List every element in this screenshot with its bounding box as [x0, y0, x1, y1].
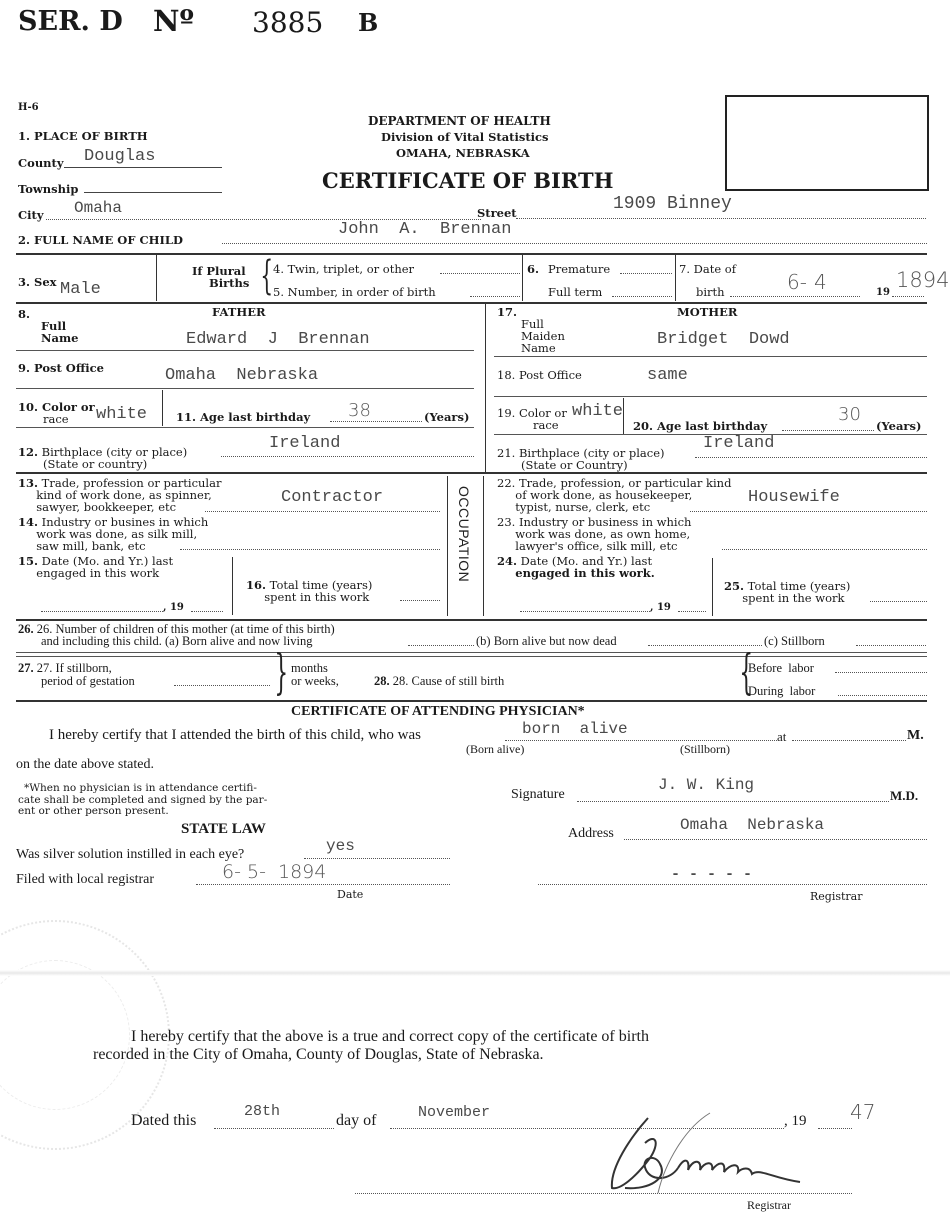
father-post-office-value: Omaha Nebraska — [165, 366, 318, 385]
plural-brace: { — [260, 254, 273, 298]
full-term-label: Full term — [548, 286, 602, 298]
filed-registrar-label: Filed with local registrar — [16, 872, 154, 888]
mother-total-time-label: 25. Total time (years) spent in the work — [724, 580, 850, 604]
date-caption: Date — [337, 889, 363, 901]
location-name: OMAHA, NEBRASKA — [396, 147, 530, 159]
filed-date-value: 6- 5- 1894 — [222, 861, 326, 883]
street-value: 1909 Binney — [613, 194, 732, 214]
father-name-label-2: Name — [41, 332, 78, 344]
father-age-label: 11. Age last birthday — [176, 411, 310, 423]
dob-label-2: birth — [696, 286, 725, 298]
county-value: Douglas — [84, 147, 155, 166]
footnote: *When no physician is in attendance cert… — [18, 783, 267, 818]
certificate-title: CERTIFICATE OF BIRTH — [322, 168, 613, 193]
mother-name-label-3: Name — [521, 342, 556, 354]
dob-label-1: 7. Date of — [679, 263, 736, 275]
stillborn-label-1: 27. 27. If stillborn, — [18, 662, 112, 674]
father-name-value: Edward J Brennan — [186, 330, 370, 349]
occupation-label: OCCUPATION — [456, 486, 472, 582]
place-of-birth-label: 1. PLACE OF BIRTH — [18, 130, 148, 142]
city-value: Omaha — [74, 199, 122, 217]
father-race-label-2: race — [43, 413, 69, 425]
registrar-signature — [590, 1108, 850, 1198]
street-label: Street — [477, 207, 517, 219]
cause-label: 28. 28. Cause of still birth — [374, 675, 504, 687]
father-age-unit: (Years) — [424, 411, 469, 423]
physician-heading: CERTIFICATE OF ATTENDING PHYSICIAN* — [291, 704, 585, 720]
m-label: M. — [907, 728, 924, 744]
father-total-time-label: 16. Total time (years) spent in this wor… — [246, 579, 372, 603]
premature-num: 6. — [527, 263, 539, 275]
mother-age-label: 20. Age last birthday — [633, 420, 767, 432]
at-label: at — [777, 729, 786, 745]
father-trade-value: Contractor — [281, 488, 383, 507]
file-number-box — [725, 95, 929, 191]
paper-fold — [0, 970, 950, 976]
mother-name-value: Bridget Dowd — [657, 330, 790, 349]
mother-num: 17. — [497, 306, 517, 318]
mother-race-label-2: race — [533, 419, 559, 431]
children-label-2b: (b) Born alive but now dead — [476, 635, 617, 647]
serial-series: SER. D — [18, 6, 123, 37]
father-birthplace-value: Ireland — [269, 434, 340, 453]
serial-suffix: B — [358, 8, 378, 37]
department-name: DEPARTMENT OF HEALTH — [368, 115, 551, 127]
physician-certify-text: I hereby certify that I attended the bir… — [49, 727, 421, 744]
serial-number: 3885 — [252, 6, 323, 39]
before-labor-label: Before labor — [748, 662, 814, 674]
mother-trade-value: Housewife — [748, 488, 840, 507]
gestation-brace: } — [274, 646, 288, 698]
dob-year: 1894 — [896, 268, 949, 292]
registrar-value: - - - - - — [671, 866, 752, 883]
dated-month-value: November — [418, 1104, 490, 1121]
sex-value: Male — [60, 280, 101, 299]
plural-births-label-2: Births — [209, 277, 249, 289]
footnote-line-3: ent or other person present. — [18, 806, 267, 818]
state-law-heading: STATE LAW — [181, 821, 266, 838]
father-industry-label: 14. Industry or busines in which work wa… — [18, 516, 208, 552]
mother-industry-label: 23. Industry or business in which work w… — [497, 516, 691, 552]
signature-label: Signature — [511, 787, 565, 803]
certification-line-1: I hereby certify that the above is a tru… — [131, 1028, 649, 1046]
sex-label: 3. Sex — [18, 276, 57, 288]
division-name: Division of Vital Statistics — [381, 131, 549, 143]
certification-line-2: recorded in the City of Omaha, County of… — [93, 1046, 544, 1064]
children-label-2c: (c) Stillborn — [764, 635, 825, 647]
father-last-date-century: , 19 — [163, 602, 184, 614]
county-label: County — [18, 157, 64, 169]
stillborn-label-2: period of gestation — [41, 675, 135, 687]
mother-age-unit: (Years) — [876, 420, 921, 432]
physician-signature-value: J. W. King — [658, 776, 754, 794]
dob-month: 6- — [787, 270, 807, 294]
silver-solution-value: yes — [326, 837, 355, 855]
silver-solution-label: Was silver solution instilled in each ey… — [16, 847, 244, 863]
city-label: City — [18, 209, 44, 221]
serial-number-label: Nº — [153, 4, 194, 38]
date-stated-text: on the date above stated. — [16, 757, 154, 773]
born-alive-caption: (Born alive) — [466, 742, 524, 757]
mother-birthplace-label-2: (State or Country) — [521, 459, 628, 471]
father-num: 8. — [18, 308, 30, 320]
mother-last-date-century: , 19 — [650, 602, 671, 614]
dob-day: 4 — [814, 270, 827, 294]
twin-label: 4. Twin, triplet, or other — [273, 263, 414, 275]
father-race-value: white — [96, 405, 147, 424]
weeks-label: or weeks, — [291, 675, 339, 687]
md-label: M.D. — [890, 788, 918, 804]
months-label: months — [291, 662, 328, 674]
day-of-label: day of — [336, 1112, 376, 1130]
father-heading: FATHER — [212, 306, 266, 318]
registrar-caption-upper: Registrar — [810, 891, 863, 903]
footnote-line-1: *When no physician is in attendance cert… — [18, 783, 267, 795]
dob-century: 19 — [876, 287, 890, 299]
mother-heading: MOTHER — [677, 306, 738, 318]
child-name-value: John A. Brennan — [338, 220, 511, 239]
premature-label: Premature — [548, 263, 610, 275]
mother-race-value: white — [572, 402, 623, 421]
mother-post-office-value: same — [647, 366, 688, 385]
child-name-label: 2. FULL NAME OF CHILD — [18, 234, 183, 246]
mother-post-office-label: 18. Post Office — [497, 369, 582, 381]
mother-age-value: 30 — [838, 404, 861, 425]
township-label: Township — [18, 183, 78, 195]
physician-address-value: Omaha Nebraska — [680, 816, 824, 834]
form-code: H-6 — [18, 102, 39, 114]
during-labor-label: During labor — [748, 685, 815, 697]
father-last-date-label: 15. Date (Mo. and Yr.) last engaged in t… — [18, 555, 173, 579]
birth-status-value: born alive — [522, 720, 628, 738]
mother-last-date-label: 24. Date (Mo. and Yr.) last engaged in t… — [497, 555, 655, 579]
father-age-value: 38 — [348, 400, 371, 421]
father-birthplace-label-2: (State or country) — [43, 458, 147, 470]
dated-day-value: 28th — [244, 1103, 280, 1120]
children-label-2a: and including this child. (a) Born alive… — [41, 635, 312, 647]
stillborn-caption: (Stillborn) — [680, 742, 730, 757]
dated-year-value: 47 — [850, 1100, 875, 1124]
father-post-office-label: 9. Post Office — [18, 362, 104, 374]
registrar-caption-lower: Registrar — [747, 1198, 791, 1213]
mother-birthplace-value: Ireland — [703, 434, 774, 453]
dated-label: Dated this — [131, 1112, 196, 1130]
address-label: Address — [568, 826, 614, 842]
father-trade-label: 13. Trade, profession or particular kind… — [18, 477, 221, 513]
mother-trade-label: 22. Trade, profession, or particular kin… — [497, 477, 731, 513]
birth-order-label: 5. Number, in order of birth — [273, 286, 436, 298]
